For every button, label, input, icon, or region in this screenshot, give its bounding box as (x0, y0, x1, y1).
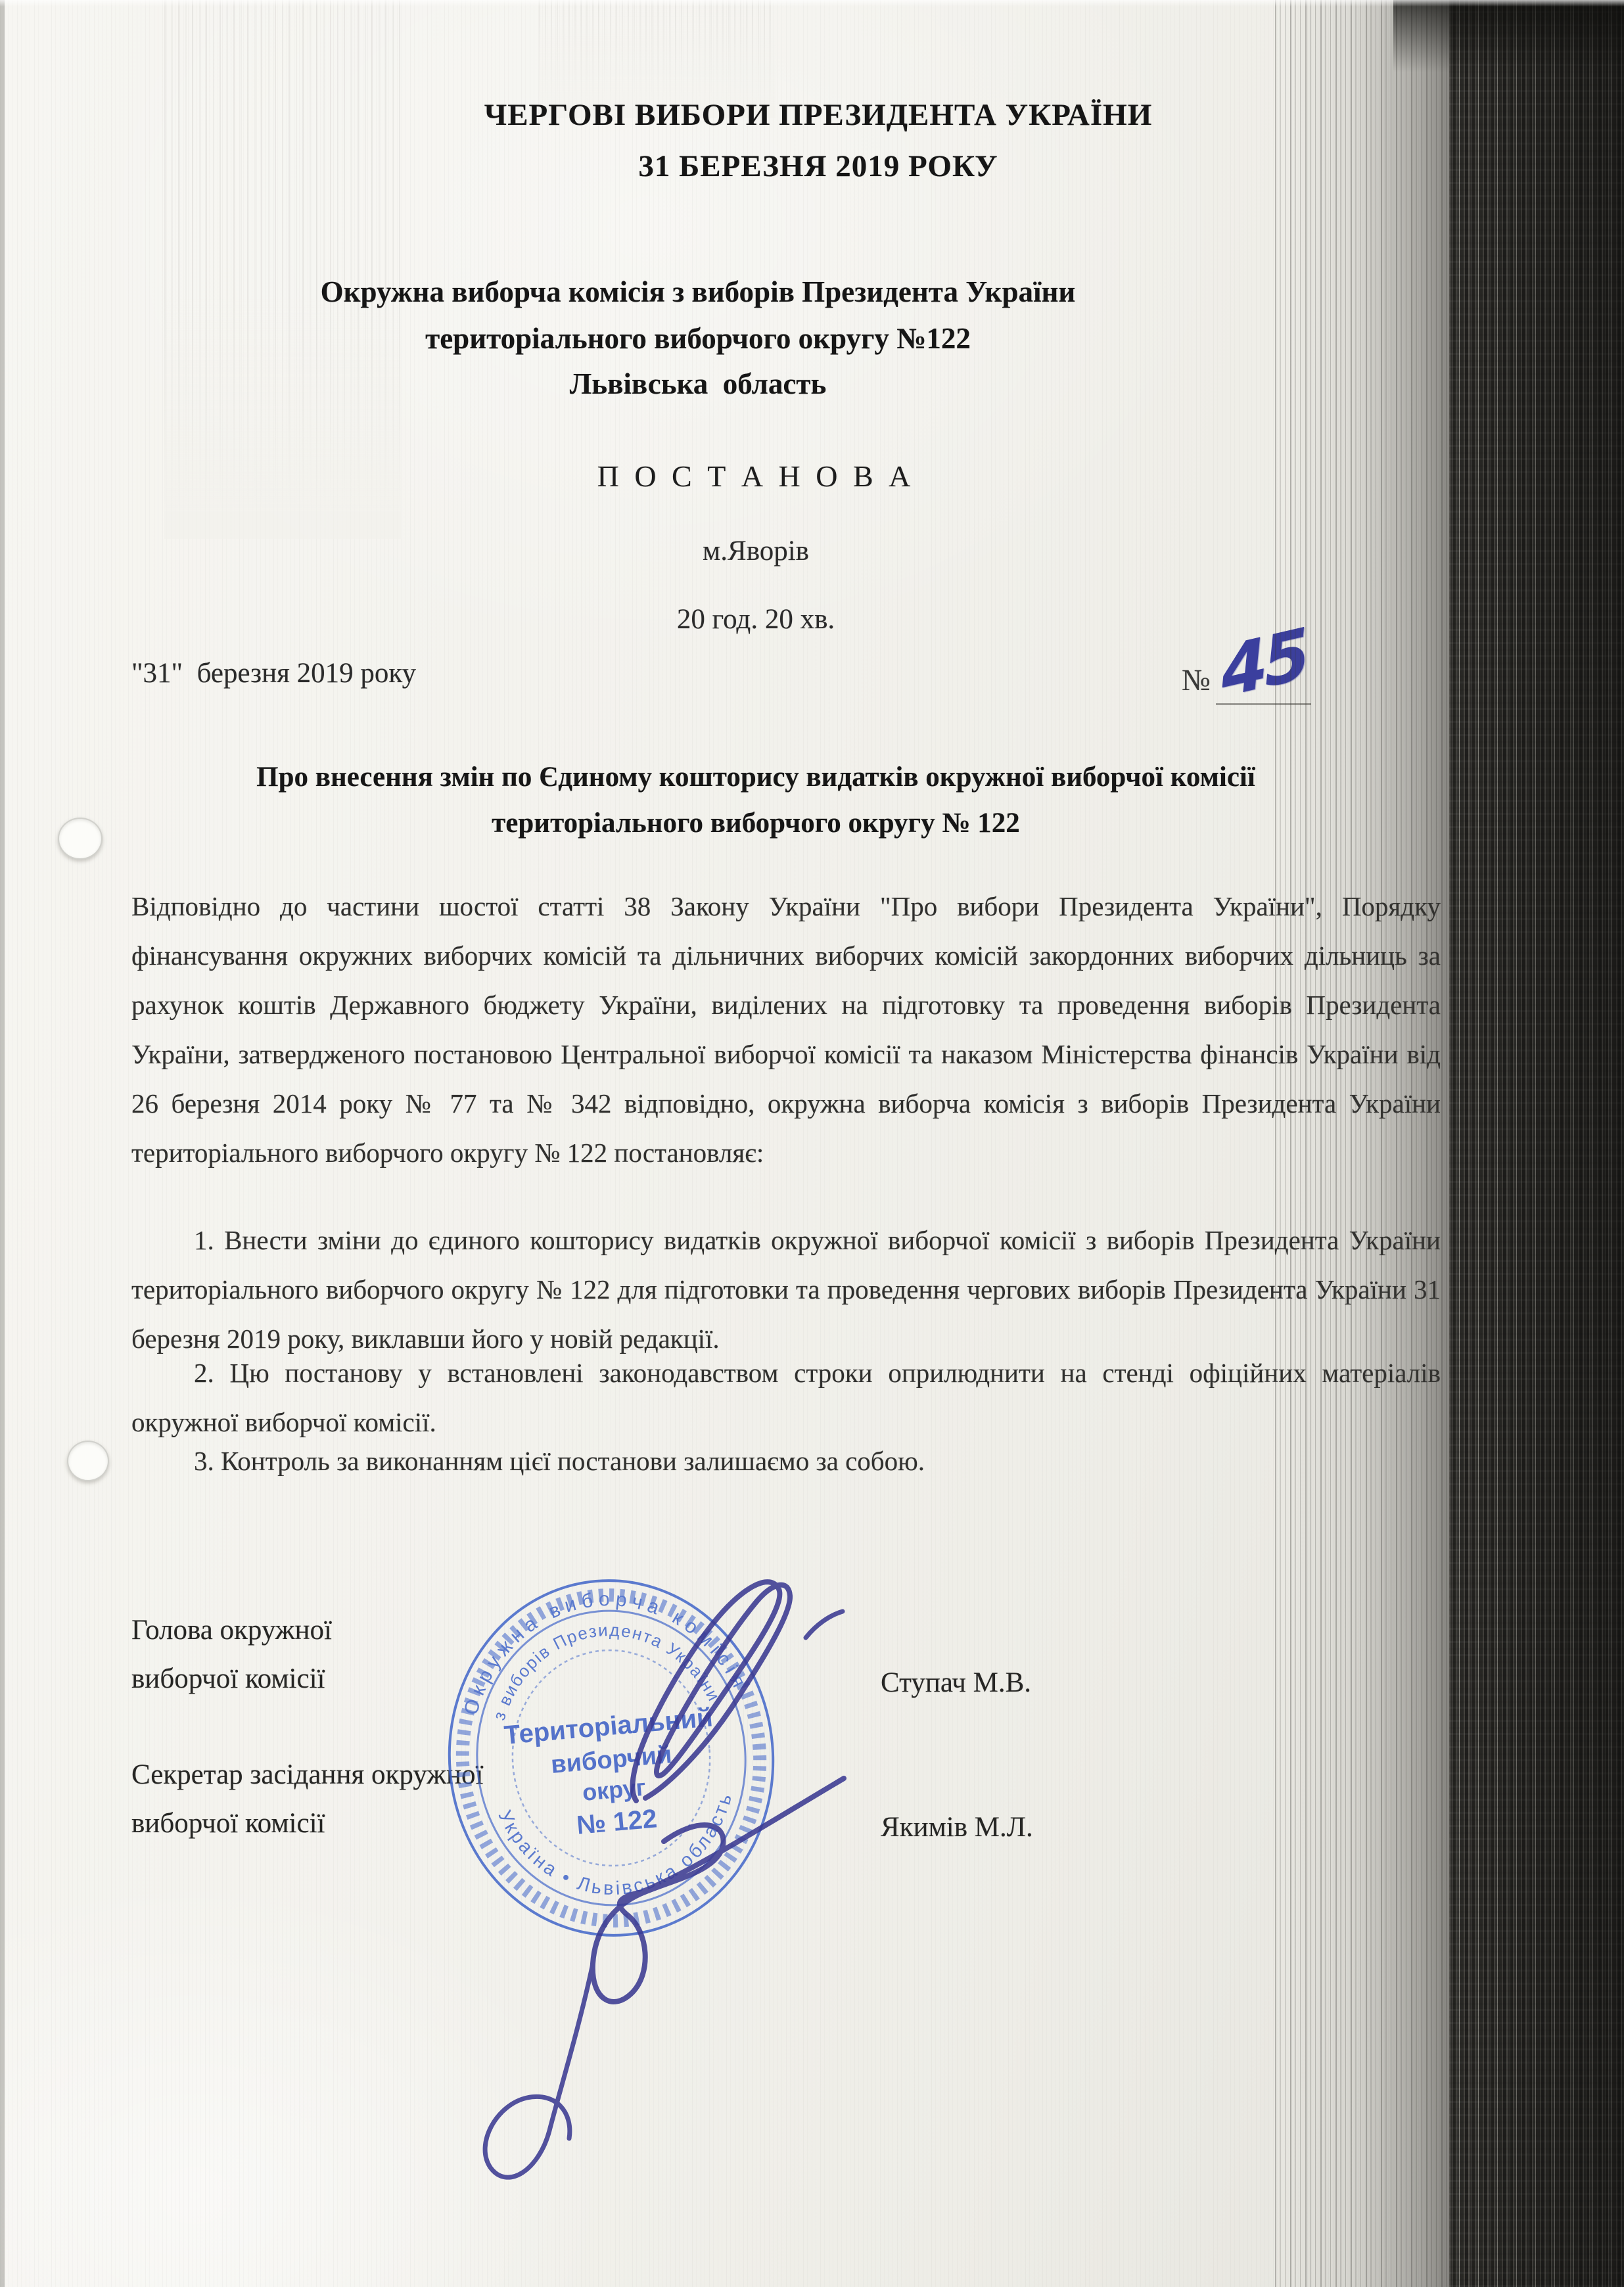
stamp-center-line3: округ (581, 1774, 647, 1806)
scan-edge-top (0, 0, 1624, 7)
secretary-name: Якимів М.Л. (881, 1811, 1033, 1843)
body-item-3: 3. Контроль за виконанням цієї постанови… (131, 1437, 1441, 1486)
body-intro-paragraph: Відповідно до частини шостої статті 38 З… (131, 882, 1441, 1178)
scan-edge-left (0, 0, 5, 2287)
election-header-line2: 31 БЕРЕЗНЯ 2019 РОКУ (174, 149, 1462, 184)
secretary-role-line1: Секретар засідання окружної (131, 1759, 483, 1791)
document-place: м.Яворів (112, 535, 1400, 567)
scan-band-dark (1449, 0, 1624, 2287)
chair-signature-flick (806, 1611, 843, 1638)
body-item-1: 1. Внести зміни до єдиного кошторису вид… (131, 1216, 1441, 1364)
commission-name-line1: Окружна виборча комісія з виборів Презид… (54, 275, 1342, 309)
document-type-title: П О С Т А Н О В А (112, 459, 1400, 494)
body-item-2: 2. Цю постанову у встановлені законодавс… (131, 1349, 1441, 1447)
commission-region: Львівська область (54, 367, 1342, 401)
punch-hole-bottom (67, 1441, 109, 1481)
stamp-center-line4: № 122 (576, 1804, 659, 1840)
scanned-document-page: ЧЕРГОВІ ВИБОРИ ПРЕЗИДЕНТА УКРАЇНИ 31 БЕР… (0, 0, 1624, 2287)
secretary-signature-tail (485, 1964, 593, 2177)
document-number-label: № (1182, 662, 1211, 697)
stamp-center-line1: Територіальний (503, 1703, 714, 1750)
document-date: "31" березня 2019 року (131, 657, 416, 689)
chair-role-line2: виборчої комісії (131, 1663, 325, 1695)
scan-corner-shadow (1393, 0, 1624, 72)
document-time: 20 год. 20 хв. (112, 603, 1400, 635)
punch-hole-top (58, 818, 103, 860)
commission-name-line2: територіального виборчого округу №122 (54, 321, 1342, 356)
chair-name: Ступач М.В. (881, 1667, 1031, 1699)
subject-title-line2: територіального виборчого округу № 122 (112, 807, 1400, 839)
subject-title-line1: Про внесення змін по Єдиному кошторису в… (112, 761, 1400, 793)
election-header-line1: ЧЕРГОВІ ВИБОРИ ПРЕЗИДЕНТА УКРАЇНИ (174, 97, 1462, 133)
secretary-role-line2: виборчої комісії (131, 1807, 325, 1839)
scan-streaks-top-left (164, 0, 401, 539)
chair-role-line1: Голова окружної (131, 1614, 332, 1646)
stamp-center-line2: виборчий (550, 1741, 673, 1779)
commission-round-stamp: Окружна виборча комісія з виборів Презид… (439, 1569, 783, 1947)
